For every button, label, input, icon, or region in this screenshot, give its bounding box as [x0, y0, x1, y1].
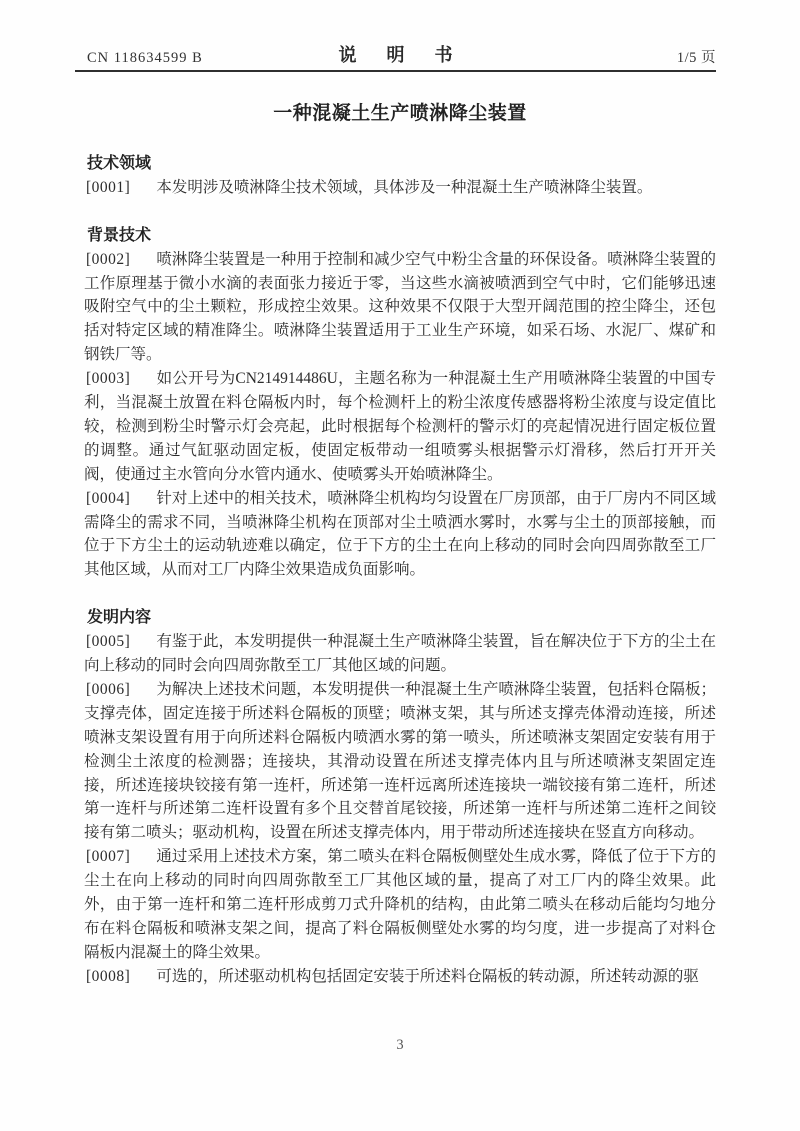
- paragraph-number: [0001]: [86, 179, 130, 196]
- paragraph-text: 针对上述中的相关技术，喷淋降尘机构均匀设置在厂房顶部，由于厂房内不同区域需降尘的…: [84, 490, 716, 579]
- paragraph-number: [0002]: [86, 251, 130, 268]
- section-heading: 发明内容: [84, 606, 716, 630]
- page-footer: 3: [0, 1037, 800, 1054]
- paragraph-number: [0003]: [86, 370, 130, 387]
- section-heading: 技术领域: [84, 152, 716, 176]
- section-background-art: 背景技术 [0002]喷淋降尘装置是一种用于控制和减少空气中粉尘含量的环保设备。…: [84, 224, 716, 583]
- paragraph-0004: [0004]针对上述中的相关技术，喷淋降尘机构均匀设置在厂房顶部，由于厂房内不同…: [84, 487, 716, 583]
- paragraph-number: [0006]: [86, 681, 130, 698]
- paragraph-0006: [0006]为解决上述技术问题，本发明提供一种混凝土生产喷淋降尘装置，包括料仓隔…: [84, 678, 716, 845]
- paragraph-0005: [0005]有鉴于此，本发明提供一种混凝土生产喷淋降尘装置，旨在解决位于下方的尘…: [84, 630, 716, 678]
- document-type-title: 说明书: [309, 41, 483, 67]
- invention-title: 一种混凝土生产喷淋降尘装置: [0, 98, 800, 125]
- paragraph-text: 如公开号为CN214914486U，主题名称为一种混凝土生产用喷淋降尘装置的中国…: [84, 370, 716, 483]
- specification-body: 技术领域 [0001]本发明涉及喷淋降尘技术领域，具体涉及一种混凝土生产喷淋降尘…: [84, 152, 716, 989]
- sheet-page-indicator: 1/5 页: [677, 46, 716, 67]
- paragraph-text: 通过采用上述技术方案，第二喷头在料仓隔板侧壁处生成水雾，降低了位于下方的尘土在向…: [84, 848, 716, 961]
- paragraph-text: 喷淋降尘装置是一种用于控制和减少空气中粉尘含量的环保设备。喷淋降尘装置的工作原理…: [84, 251, 716, 364]
- paragraph-text: 本发明涉及喷淋降尘技术领域，具体涉及一种混凝土生产喷淋降尘装置。: [156, 179, 652, 196]
- paragraph-text: 有鉴于此，本发明提供一种混凝土生产喷淋降尘装置，旨在解决位于下方的尘土在向上移动…: [84, 633, 716, 674]
- section-technical-field: 技术领域 [0001]本发明涉及喷淋降尘技术领域，具体涉及一种混凝土生产喷淋降尘…: [84, 152, 716, 200]
- paragraph-text: 可选的，所述驱动机构包括固定安装于所述料仓隔板的转动源，所述转动源的驱: [156, 968, 699, 985]
- section-summary-of-invention: 发明内容 [0005]有鉴于此，本发明提供一种混凝土生产喷淋降尘装置，旨在解决位…: [84, 606, 716, 989]
- paragraph-0008: [0008]可选的，所述驱动机构包括固定安装于所述料仓隔板的转动源，所述转动源的…: [84, 965, 716, 989]
- paragraph-number: [0007]: [86, 848, 130, 865]
- page-header: CN 118634599 B 说明书 1/5 页: [75, 42, 716, 72]
- page-number: 3: [396, 1037, 403, 1053]
- paragraph-number: [0004]: [86, 490, 130, 507]
- publication-number: CN 118634599 B: [75, 50, 203, 67]
- paragraph-0001: [0001]本发明涉及喷淋降尘技术领域，具体涉及一种混凝土生产喷淋降尘装置。: [84, 176, 716, 200]
- section-heading: 背景技术: [84, 224, 716, 248]
- paragraph-0007: [0007]通过采用上述技术方案，第二喷头在料仓隔板侧壁处生成水雾，降低了位于下…: [84, 845, 716, 965]
- paragraph-0003: [0003]如公开号为CN214914486U，主题名称为一种混凝土生产用喷淋降…: [84, 367, 716, 487]
- paragraph-text: 为解决上述技术问题，本发明提供一种混凝土生产喷淋降尘装置，包括料仓隔板；支撑壳体…: [84, 681, 716, 841]
- paragraph-0002: [0002]喷淋降尘装置是一种用于控制和减少空气中粉尘含量的环保设备。喷淋降尘装…: [84, 248, 716, 368]
- paragraph-number: [0005]: [86, 633, 130, 650]
- paragraph-number: [0008]: [86, 968, 130, 985]
- patent-specification-page: CN 118634599 B 说明书 1/5 页 一种混凝土生产喷淋降尘装置 技…: [0, 0, 800, 1131]
